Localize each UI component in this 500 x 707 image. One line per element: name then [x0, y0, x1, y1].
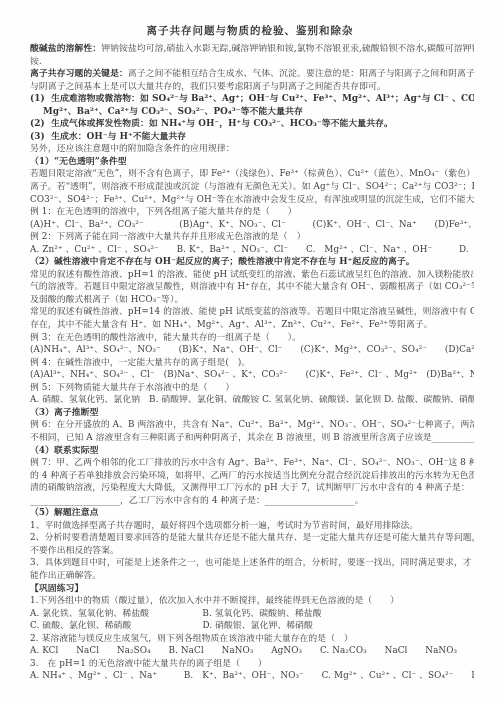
doc-text-bold: （2）碱性溶液中肯定不存在与 OH⁻起反应的离子；酸性溶液中肯定不存在与 H⁺起…: [30, 257, 415, 267]
doc-line: 2、分析时要看清楚题目要求回答的是能大量共存还是不能大量共存、是一定能大量共存还…: [30, 532, 474, 545]
doc-text: 例 5：下列物质能大量共存于水溶液中的是（ ）: [30, 383, 234, 393]
doc-text: 1.下列各组中的物质（酸过量），依次加入水中并不断搅拌，最终能得到无色溶液的是（…: [30, 596, 399, 606]
doc-line: (3) 生成水：OH⁻与 H⁺不能大量共存: [30, 131, 474, 144]
doc-text: A. 硝酸、氢氧化钙、氯化钠 B. 硝酸钾、氯化铜、硫酸铵 C. 氢氧化钠、硫酸…: [30, 395, 474, 405]
doc-line: A. KCl NaCl Na₂SO₄ B. NaCl NaNO₃ AgNO₃ C…: [30, 645, 474, 658]
doc-text-bold: 离子共存习题的关键是：: [30, 69, 128, 79]
doc-line: 【巩固练习】: [30, 583, 474, 596]
doc-text: C. 硫酸、氯化钡、稀硝酸 D. 硝酸银、氯化钾、稀硝酸: [30, 621, 313, 631]
doc-line: 例 1：在无色透明的溶液中，下列各组离子能大量共存的是（ ）: [30, 206, 474, 219]
doc-text: 与阴离子之间基本上是可以大量共存的，我们只要考虑阳离子与阴离子之间能否共存即可。: [30, 82, 386, 92]
doc-line: 气的溶液等。若题目中限定溶液呈酸性，则溶液中有 H⁺存在，其中不能大量含有 OH…: [30, 281, 474, 294]
page-title: 离子共存问题与物质的检验、鉴别和除杂: [0, 0, 500, 38]
doc-text: 铵.: [30, 57, 42, 67]
doc-line: 酸碱盐的溶解性：钾钠铵盐均可溶,硝盐入水影无踪,碱溶钾钠银和铵,氯物不溶银亚汞,…: [30, 43, 474, 56]
doc-text: (A)NH₄⁺、Al³⁺、SO₄²⁻、NO₃⁻ (B)K⁺、Na⁺、OH⁻、Cl…: [30, 345, 474, 355]
doc-text: 能作出正确解答。: [30, 571, 101, 581]
doc-line: 若题目限定溶液“无色”，则不含有色离子，即 Fe²⁺（浅绿色）、Fe³⁺（棕黄色…: [30, 168, 474, 181]
doc-text: 3、具体到题目中时，可能是上述条件之一，也可能是上述条件的组合，分析时，要逐一找…: [30, 558, 472, 568]
doc-line: 常见的叙述有碱性溶液、pH=14 的溶液、能使 pH 试纸变蓝的溶液等。若题目中…: [30, 306, 474, 319]
doc-line: (A)H⁺、Cl⁻、Ba²⁺、CO₃²⁻ (B)Ag⁺、K⁺、NO₃⁻、Cl⁻ …: [30, 219, 474, 232]
doc-line: 3、具体到题目中时，可能是上述条件之一，也可能是上述条件的组合，分析时，要逐一找…: [30, 557, 474, 570]
doc-line: 与阴离子之间基本上是可以大量共存的，我们只要考虑阳离子与阴离子之间能否共存即可。: [30, 81, 474, 94]
doc-text: 例 6：在分开盛放的 A、B 两溶液中，共含有 Na⁺、Cu²⁺、Ba²⁺、Mg…: [30, 420, 474, 430]
doc-text: 例 1：在无色透明的溶液中，下列各组离子能大量共存的是（ ）: [30, 207, 297, 217]
doc-line: 能作出正确解答。: [30, 570, 474, 583]
doc-line: 清的硝酸钠溶液，污染程度大大降低，又测得甲工厂污水的 pH 大于 7，试判断甲厂…: [30, 482, 474, 495]
doc-line: 例 7：甲、乙两个相邻的化工厂排放的污水中含有 Ag⁺、Ba²⁺、Fe³⁺、Na…: [30, 457, 474, 470]
doc-line: (A)Al³⁺、NH₄⁺、SO₄²⁻ 、Cl⁻ (B)Na⁺、SO₄²⁻ 、K⁺…: [30, 369, 474, 382]
doc-text: CO3²⁻、SO4²⁻；Fe³⁺、Cu²⁺、Mg²⁺与 OH⁻等在水溶液中会发生…: [30, 195, 474, 205]
doc-text: 清的硝酸钠溶液，污染程度大大降低，又测得甲工厂污水的 pH 大于 7，试判断甲厂…: [30, 483, 470, 493]
doc-text: ____________________，乙工厂污水中含有的 4 种离子是：__…: [30, 496, 364, 506]
doc-line: 不相同，已知 A 溶液里含有三种阳离子和两种阴离子，其余在 B 溶液里，则 B …: [30, 432, 474, 445]
document-body: 酸碱盐的溶解性：钾钠铵盐均可溶,硝盐入水影无踪,碱溶钾钠银和铵,氯物不溶银亚汞,…: [0, 38, 500, 683]
doc-line: A. NH₄⁺ 、Mg²⁺ 、Cl⁻ 、Na⁺ B. K⁺、Ba²⁺、OH⁻、N…: [30, 670, 474, 683]
doc-line: 例 2：下列离子能在同一溶液中大量共存并且形成无色溶液的是（ ）: [30, 231, 474, 244]
doc-line: 离子共存习题的关键是：离子之间不能相互结合生成水、气体、沉淀。要注意的是：阳离子…: [30, 68, 474, 81]
doc-line: 例 3：在无色透明的酸性溶液中，能大量共存的一组离子是（ ）。: [30, 332, 474, 345]
doc-line: 1.下列各组中的物质（酸过量），依次加入水中并不断搅拌，最终能得到无色溶液的是（…: [30, 595, 474, 608]
doc-text: A. NH₄⁺ 、Mg²⁺ 、Cl⁻ 、Na⁺ B. K⁺、Ba²⁺、OH⁻、N…: [30, 671, 474, 681]
doc-text: 例 7：甲、乙两个相邻的化工厂排放的污水中含有 Ag⁺、Ba²⁺、Fe³⁺、Na…: [30, 458, 474, 468]
doc-line: ____________________，乙工厂污水中含有的 4 种离子是：__…: [30, 495, 474, 508]
doc-line: 及弱酸的酸式根离子（如 HCO₃⁻等）。: [30, 294, 474, 307]
doc-line: C. 硫酸、氯化钡、稀硝酸 D. 硝酸银、氯化钾、稀硝酸: [30, 620, 474, 633]
doc-text: A. Zn²⁺ 、Cu²⁺ 、Cl⁻ 、SO₄²⁻ B. K⁺、Ba²⁺ 、NO…: [30, 245, 474, 255]
doc-line: (2) 生成气体或挥发性物质：如 NH₄⁺与 OH⁻，H⁺与 CO₃²⁻、HCO…: [30, 118, 474, 131]
doc-line: 常见的叙述有酸性溶液、pH=1 的溶液、能使 pH 试纸变红的溶液、紫色石蕊试液…: [30, 269, 474, 282]
doc-text: 存在，其中不能大量含有 H⁺、如 NH₄⁺、Mg²⁺、Ag⁺、Al³⁺、Zn²⁺…: [30, 320, 433, 330]
doc-line: A. 氯化铁、氢氧化钠、稀盐酸 B. 氢氧化钙、碳酸钠、稀盐酸: [30, 608, 474, 621]
doc-text: 3. 在 pH=1 的无色溶液中能大量共存的离子组是（ ）: [30, 659, 267, 669]
doc-text: A. KCl NaCl Na₂SO₄ B. NaCl NaNO₃ AgNO₃ C…: [30, 646, 474, 656]
doc-text: 的 4 种离子若单独排放会污染环境，如将甲、乙两厂的污水按适当比例充分混合经沉淀…: [30, 471, 474, 481]
doc-text-bold: （4）联系实际型: [30, 446, 99, 456]
doc-line: （5）解题注意点: [30, 507, 474, 520]
doc-line: CO3²⁻、SO4²⁻；Fe³⁺、Cu²⁺、Mg²⁺与 OH⁻等在水溶液中会发生…: [30, 194, 474, 207]
doc-text: 及弱酸的酸式根离子（如 HCO₃⁻等）。: [30, 295, 183, 305]
doc-text: (A)H⁺、Cl⁻、Ba²⁺、CO₃²⁻ (B)Ag⁺、K⁺、NO₃⁻、Cl⁻ …: [30, 220, 474, 230]
doc-line: Mg²⁺、Ba²⁺、Ca²⁺与 CO₃²⁻、SO₃²⁻、PO₄³⁻等不能大量共存: [30, 106, 474, 119]
doc-line: A. Zn²⁺ 、Cu²⁺ 、Cl⁻ 、SO₄²⁻ B. K⁺、Ba²⁺ 、NO…: [30, 244, 474, 257]
doc-line: 例 4：在碱性溶液中，一定能大量共存的离子组是( )。: [30, 357, 474, 370]
doc-line: 离子。若“透明”，则溶液不形成混浊或沉淀（与溶液有无颜色无关）。如 Ag⁺与 C…: [30, 181, 474, 194]
doc-line: 另外，还应该注意题中的附加隐含条件的应用规律：: [30, 143, 474, 156]
doc-text-bold: 【巩固练习】: [30, 584, 83, 594]
doc-line: 存在，其中不能大量含有 H⁺、如 NH₄⁺、Mg²⁺、Ag⁺、Al³⁺、Zn²⁺…: [30, 319, 474, 332]
doc-text-bold: (2) 生成气体或挥发性物质：如 NH₄⁺与 OH⁻，H⁺与 CO₃²⁻、HCO…: [30, 119, 393, 129]
doc-text: 不相同，已知 A 溶液里含有三种阳离子和两种阴离子，其余在 B 溶液里，则 B …: [30, 433, 474, 443]
doc-line: （3）离子推断型: [30, 407, 474, 420]
doc-text: 离子之间不能相互结合生成水、气体、沉淀。要注意的是：阳离子与阳离子之间和阴离子: [128, 69, 474, 79]
doc-text: 若题目限定溶液“无色”，则不含有色离子，即 Fe²⁺（浅绿色）、Fe³⁺（棕黄色…: [30, 169, 474, 179]
doc-text: 常见的叙述有酸性溶液、pH=1 的溶液、能使 pH 试纸变红的溶液、紫色石蕊试液…: [30, 270, 474, 280]
doc-text: 例 4：在碱性溶液中，一定能大量共存的离子组是( )。: [30, 358, 250, 368]
doc-line: （2）碱性溶液中肯定不存在与 OH⁻起反应的离子；酸性溶液中肯定不存在与 H⁺起…: [30, 256, 474, 269]
doc-line: 2. 某溶液能与镁反应生成氢气，则下列各组物质在该溶液中能大量存在的是（ ）: [30, 633, 474, 646]
doc-text-bold: 酸碱盐的溶解性：: [30, 44, 101, 54]
doc-text: A. 氯化铁、氢氧化钠、稀盐酸 B. 氢氧化钙、碳酸钠、稀盐酸: [30, 609, 322, 619]
doc-text: 不要作出相反的答案。: [30, 546, 119, 556]
doc-line: 例 6：在分开盛放的 A、B 两溶液中，共含有 Na⁺、Cu²⁺、Ba²⁺、Mg…: [30, 419, 474, 432]
doc-line: (A)NH₄⁺、Al³⁺、SO₄²⁻、NO₃⁻ (B)K⁺、Na⁺、OH⁻、Cl…: [30, 344, 474, 357]
doc-text-bold: （1）“无色透明”条件型: [30, 157, 127, 167]
doc-line: 不要作出相反的答案。: [30, 545, 474, 558]
doc-text: 例 3：在无色透明的酸性溶液中，能大量共存的一组离子是（ ）。: [30, 333, 301, 343]
doc-line: A. 硝酸、氢氧化钙、氯化钠 B. 硝酸钾、氯化铜、硫酸铵 C. 氢氧化钠、硫酸…: [30, 394, 474, 407]
doc-line: （4）联系实际型: [30, 445, 474, 458]
doc-text-bold: （5）解题注意点: [30, 508, 99, 518]
doc-text: 例 2：下列离子能在同一溶液中大量共存并且形成无色溶液的是（ ）: [30, 232, 306, 242]
doc-text: 2. 某溶液能与镁反应生成氢气，则下列各组物质在该溶液中能大量存在的是（ ）: [30, 634, 353, 644]
doc-text: 1、平时做选择型离子共存题时，最好将四个选项都分析一遍，考试时为节省时间，最好用…: [30, 521, 418, 531]
doc-line: 铵.: [30, 56, 474, 69]
doc-line: (1) 生成难溶物或微溶物：如 SO₄²⁻与 Ba²⁺、Ag⁺；OH⁻与 Cu²…: [30, 93, 474, 106]
doc-text-bold: (1) 生成难溶物或微溶物：如 SO₄²⁻与 Ba²⁺、Ag⁺；OH⁻与 Cu²…: [30, 94, 474, 104]
doc-text: 离子。若“透明”，则溶液不形成混浊或沉淀（与溶液有无颜色无关）。如 Ag⁺与 C…: [30, 182, 474, 192]
doc-line: 3. 在 pH=1 的无色溶液中能大量共存的离子组是（ ）: [30, 658, 474, 671]
doc-text: 钾钠铵盐均可溶,硝盐入水影无踪,碱溶钾钠银和铵,氯物不溶银亚汞,硫酸铅钡不溶水,…: [101, 44, 474, 54]
doc-text: 气的溶液等。若题目中限定溶液呈酸性，则溶液中有 H⁺存在，其中不能大量含有 OH…: [30, 282, 474, 292]
doc-text: 常见的叙述有碱性溶液、pH=14 的溶液、能使 pH 试纸变蓝的溶液等。若题目中…: [30, 307, 474, 317]
doc-line: 1、平时做选择型离子共存题时，最好将四个选项都分析一遍，考试时为节省时间，最好用…: [30, 520, 474, 533]
doc-line: 例 5：下列物质能大量共存于水溶液中的是（ ）: [30, 382, 474, 395]
document-page: 离子共存问题与物质的检验、鉴别和除杂 酸碱盐的溶解性：钾钠铵盐均可溶,硝盐入水影…: [0, 0, 500, 707]
doc-text-bold: Mg²⁺、Ba²⁺、Ca²⁺与 CO₃²⁻、SO₃²⁻、PO₄³⁻等不能大量共存: [43, 107, 303, 117]
doc-text-bold: (3) 生成水：OH⁻与 H⁺不能大量共存: [30, 132, 186, 142]
doc-text: 2、分析时要看清楚题目要求回答的是能大量共存还是不能大量共存、是一定能大量共存还…: [30, 533, 474, 543]
doc-text: 另外，还应该注意题中的附加隐含条件的应用规律：: [30, 144, 235, 154]
doc-line: （1）“无色透明”条件型: [30, 156, 474, 169]
doc-line: 的 4 种离子若单独排放会污染环境，如将甲、乙两厂的污水按适当比例充分混合经沉淀…: [30, 470, 474, 483]
doc-text: (A)Al³⁺、NH₄⁺、SO₄²⁻ 、Cl⁻ (B)Na⁺、SO₄²⁻ 、K⁺…: [30, 370, 474, 380]
doc-text-bold: （3）离子推断型: [30, 408, 99, 418]
